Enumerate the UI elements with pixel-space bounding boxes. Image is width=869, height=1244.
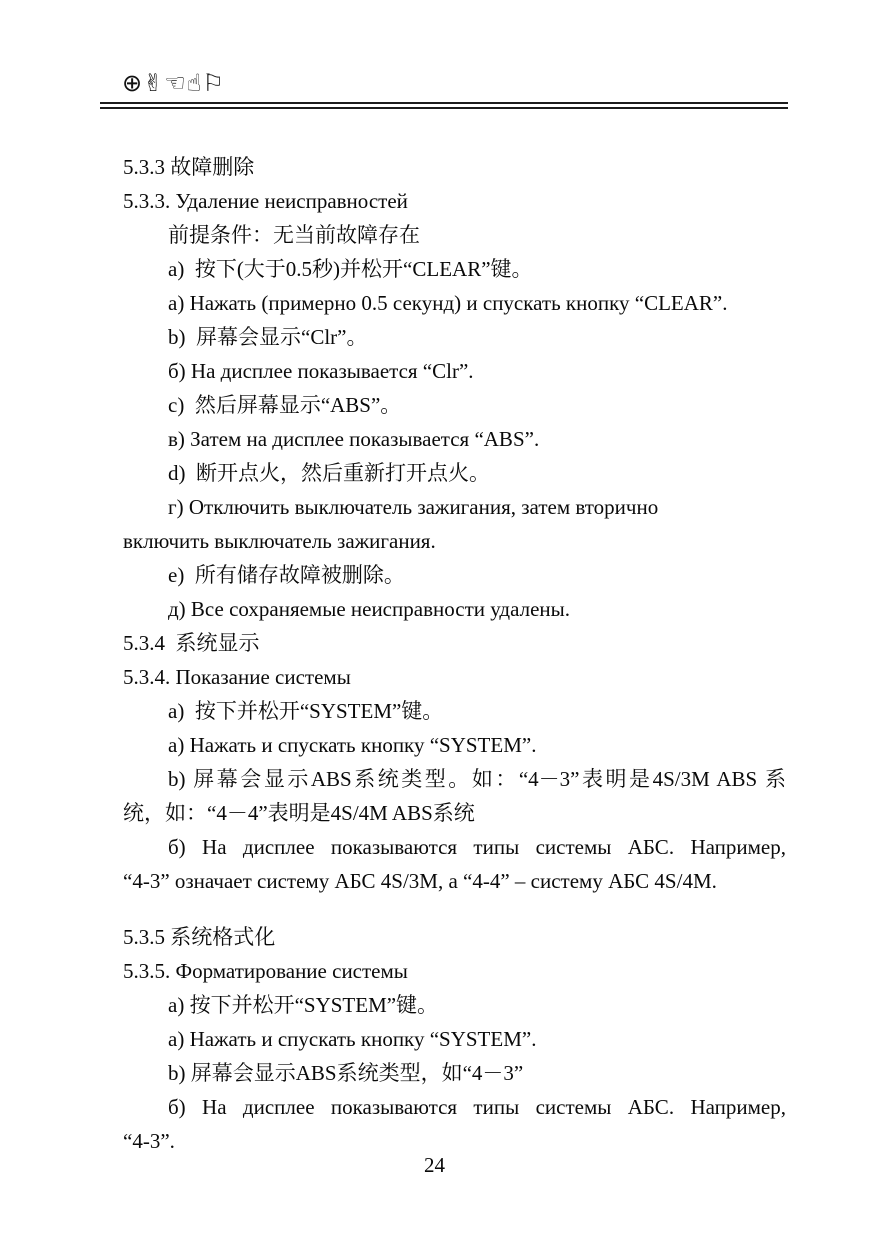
text-line-18: a) Нажать и спускать кнопку “SYSTEM”. bbox=[123, 728, 786, 762]
text-line-28: b) 屏幕会显示ABS系统类型，如“4－3” bbox=[123, 1056, 786, 1090]
text-line-26: a) 按下并松开“SYSTEM”键。 bbox=[123, 988, 786, 1022]
text-line-16: 5.3.4. Показание системы bbox=[123, 660, 786, 694]
text-line-10: d) 断开点火，然后重新打开点火。 bbox=[123, 456, 786, 490]
text-line-29: б) На дисплее показываются типы системы … bbox=[123, 1090, 786, 1124]
text-line-23 bbox=[123, 898, 786, 920]
text-line-17: a) 按下并松开“SYSTEM”键。 bbox=[123, 694, 786, 728]
text-line-2: 5.3.3. Удаление неисправностей bbox=[123, 184, 786, 218]
document-body: 5.3.3 故障删除5.3.3. Удаление неисправностей… bbox=[123, 150, 786, 1158]
text-line-9: в) Затем на дисплее показывается “ABS”. bbox=[123, 422, 786, 456]
text-line-8: c) 然后屏幕显示“ABS”。 bbox=[123, 388, 786, 422]
text-line-19: b) 屏幕会显示ABS系统类型。如：“4－3”表明是4S/3M ABS 系 bbox=[123, 762, 786, 796]
text-line-5: a) Нажать (примерно 0.5 секунд) и спуска… bbox=[123, 286, 786, 320]
text-line-24: 5.3.5 系统格式化 bbox=[123, 920, 786, 954]
company-logo: ⊕✌☜☝⚐ bbox=[122, 66, 225, 100]
text-line-11: г) Отключить выключатель зажигания, зате… bbox=[123, 490, 786, 524]
manual-page: ⊕✌☜☝⚐ 5.3.3 故障删除5.3.3. Удаление неисправ… bbox=[0, 0, 869, 1244]
text-line-13: e) 所有储存故障被删除。 bbox=[123, 558, 786, 592]
text-line-12: включить выключатель зажигания. bbox=[123, 524, 786, 558]
text-line-4: a) 按下(大于0.5秒)并松开“CLEAR”键。 bbox=[123, 252, 786, 286]
text-line-21: б) На дисплее показываются типы системы … bbox=[123, 830, 786, 864]
text-line-1: 5.3.3 故障删除 bbox=[123, 150, 786, 184]
text-line-3: 前提条件：无当前故障存在 bbox=[123, 218, 786, 252]
text-line-25: 5.3.5. Форматирование системы bbox=[123, 954, 786, 988]
header-divider bbox=[100, 102, 788, 109]
text-line-20: 统，如：“4－4”表明是4S/4M ABS系统 bbox=[123, 796, 786, 830]
text-line-15: 5.3.4 系统显示 bbox=[123, 626, 786, 660]
text-line-14: д) Все сохраняемые неисправности удалены… bbox=[123, 592, 786, 626]
text-line-22: “4-3” означает систему АБС 4S/3M, а “4-4… bbox=[123, 864, 786, 898]
text-line-7: б) На дисплее показывается “Clr”. bbox=[123, 354, 786, 388]
text-line-27: a) Нажать и спускать кнопку “SYSTEM”. bbox=[123, 1022, 786, 1056]
text-line-6: b) 屏幕会显示“Clr”。 bbox=[123, 320, 786, 354]
page-number: 24 bbox=[0, 1148, 869, 1182]
